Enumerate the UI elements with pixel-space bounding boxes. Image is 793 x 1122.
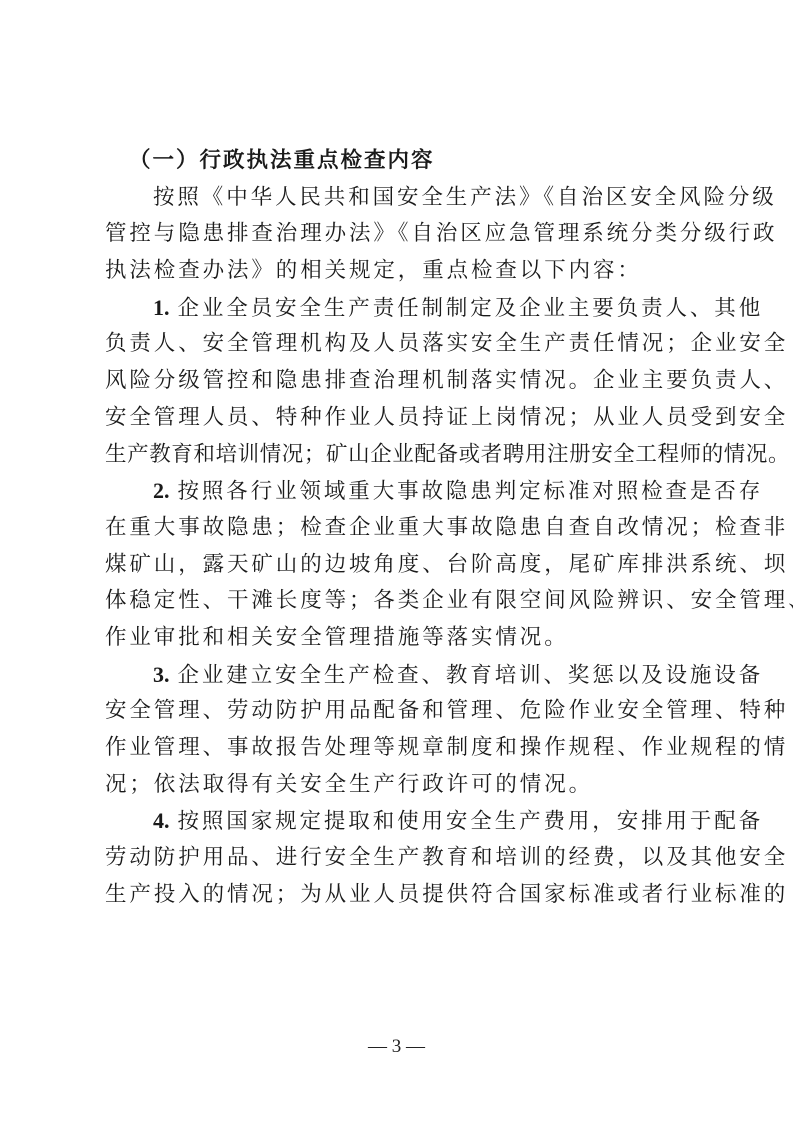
item-number: 4. [153,808,170,833]
item-line: 风险分级管控和隐患排查治理机制落实情况。企业主要负责人、 [105,363,693,400]
item-line: 2.按照各行业领域重大事故隐患判定标准对照检查是否存 [105,473,693,510]
item-line: 安全管理、劳动防护用品配备和管理、危险作业安全管理、特种 [105,693,693,730]
item-line: 体稳定性、干滩长度等；各类企业有限空间风险辨识、安全管理、 [105,583,693,620]
item-line: 劳动防护用品、进行安全生产教育和培训的经费，以及其他安全 [105,840,693,877]
intro-paragraph: 按照《中华人民共和国安全生产法》《自治区安全风险分级 管控与隐患排查治理办法》《… [105,180,693,290]
item-1-paragraph: 1.企业全员安全生产责任制制定及企业主要负责人、其他 负责人、安全管理机构及人员… [105,290,693,473]
item-text: 按照国家规定提取和使用安全生产费用，安排用于配备 [178,809,764,834]
item-2-paragraph: 2.按照各行业领域重大事故隐患判定标准对照检查是否存 在重大事故隐患；检查企业重… [105,473,693,656]
item-text: 企业全员安全生产责任制制定及企业主要负责人、其他 [178,296,764,321]
intro-line: 执法检查办法》的相关规定，重点检查以下内容： [105,253,693,290]
item-line: 生产投入的情况；为从业人员提供符合国家标准或者行业标准的 [105,877,693,914]
item-number: 3. [153,662,170,687]
item-line: 3.企业建立安全生产检查、教育培训、奖惩以及设施设备 [105,657,693,694]
item-number: 1. [153,295,170,320]
item-line: 在重大事故隐患；检查企业重大事故隐患自查自改情况；检查非 [105,510,693,547]
intro-line: 管控与隐患排查治理办法》《自治区应急管理系统分类分级行政 [105,216,693,253]
item-4-paragraph: 4.按照国家规定提取和使用安全生产费用，安排用于配备 劳动防护用品、进行安全生产… [105,803,693,913]
intro-line: 按照《中华人民共和国安全生产法》《自治区安全风险分级 [105,180,693,217]
item-line: 煤矿山，露天矿山的边坡角度、台阶高度，尾矿库排洪系统、坝 [105,547,693,584]
document-page: （一）行政执法重点检查内容 按照《中华人民共和国安全生产法》《自治区安全风险分级… [0,0,793,1122]
item-text: 企业建立安全生产检查、教育培训、奖惩以及设施设备 [178,663,764,688]
item-line: 负责人、安全管理机构及人员落实安全生产责任情况；企业安全 [105,326,693,363]
item-line: 4.按照国家规定提取和使用安全生产费用，安排用于配备 [105,803,693,840]
item-3-paragraph: 3.企业建立安全生产检查、教育培训、奖惩以及设施设备 安全管理、劳动防护用品配备… [105,657,693,804]
item-text: 按照各行业领域重大事故隐患判定标准对照检查是否存 [178,479,764,504]
item-line: 1.企业全员安全生产责任制制定及企业主要负责人、其他 [105,290,693,327]
item-number: 2. [153,478,170,503]
item-line: 生产教育和培训情况；矿山企业配备或者聘用注册安全工程师的情况。 [105,437,693,474]
page-number: — 3 — [0,1036,793,1058]
item-line: 作业管理、事故报告处理等规章制度和操作规程、作业规程的情 [105,730,693,767]
item-line: 安全管理人员、特种作业人员持证上岗情况；从业人员受到安全 [105,400,693,437]
item-line: 作业审批和相关安全管理措施等落实情况。 [105,620,693,657]
document-body: （一）行政执法重点检查内容 按照《中华人民共和国安全生产法》《自治区安全风险分级… [105,143,693,913]
item-line: 况；依法取得有关安全生产行政许可的情况。 [105,767,693,804]
section-heading: （一）行政执法重点检查内容 [105,143,693,180]
